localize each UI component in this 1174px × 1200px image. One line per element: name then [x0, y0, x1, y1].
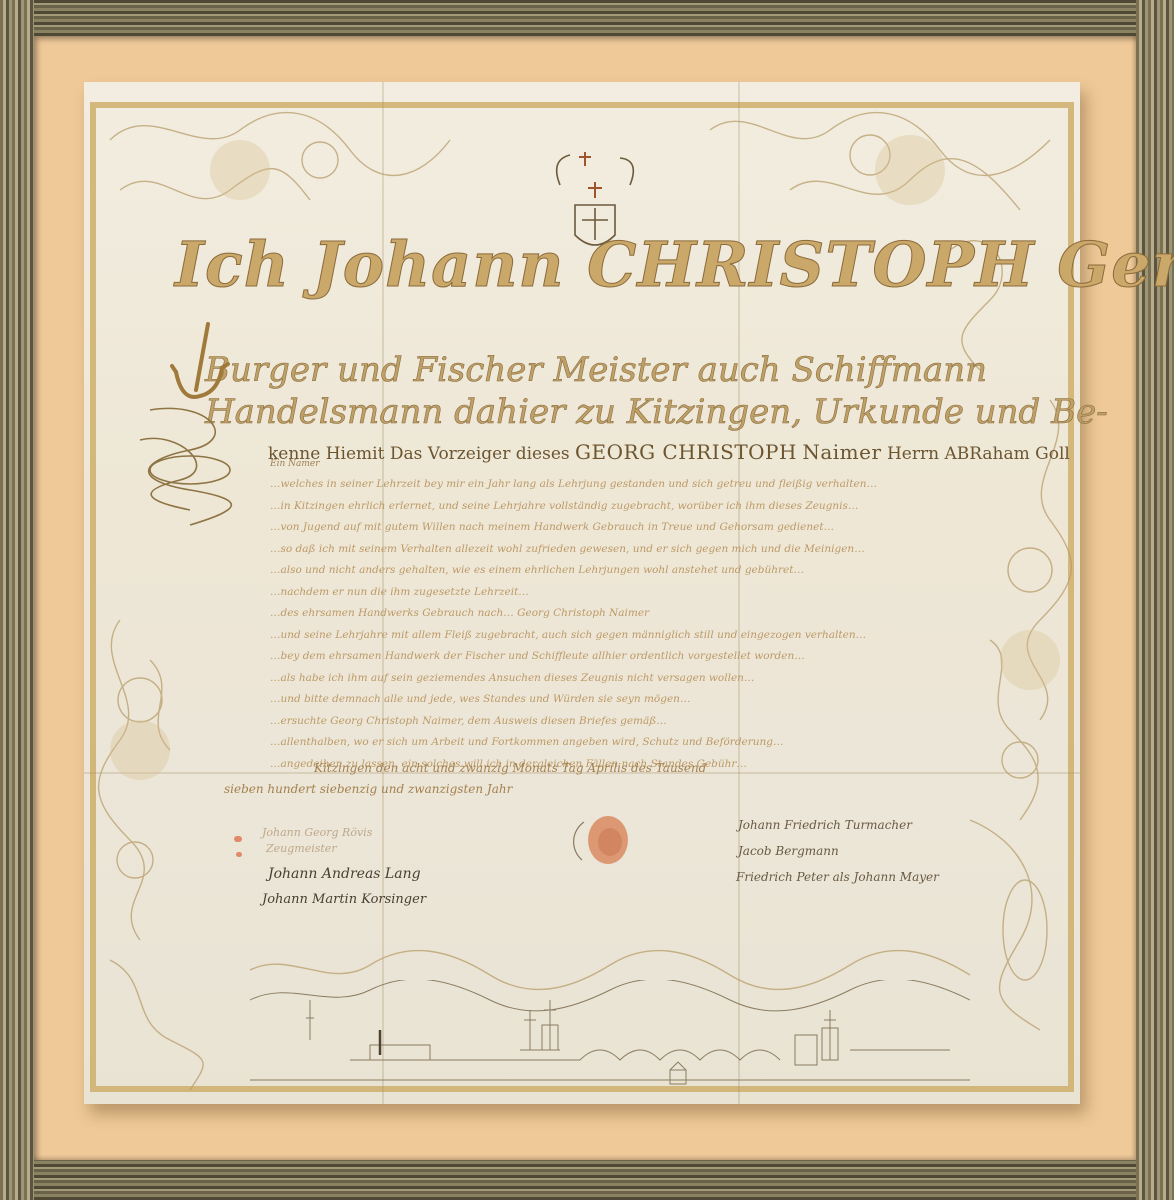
signature: Johann Martin Korsinger: [262, 892, 426, 907]
body-row: …des ehrsamen Handwerks Gebrauch nach… G…: [270, 603, 970, 625]
body-row: …so daß ich mit seinem Verhalten allezei…: [270, 539, 970, 561]
ink-mark: [236, 852, 242, 857]
cityscape-illustration: [250, 980, 970, 1090]
body-row: …bey dem ehrsamen Handwerk der Fischer u…: [270, 646, 970, 668]
body-row: …welches in seiner Lehrzeit bey mir ein …: [270, 474, 970, 496]
closing-date: Kitzingen den acht und zwanzig Monats Ta…: [224, 758, 924, 800]
heading-line-2: Burger und Fischer Meister auch Schiffma…: [205, 350, 987, 390]
signature: Jacob Bergmann: [738, 844, 839, 858]
closing-line-2: sieben hundert siebenzig und zwanzigsten…: [224, 779, 924, 800]
body-row: …und bitte demnach alle und jede, wes St…: [270, 689, 970, 711]
frame-bottom-rail: [0, 1160, 1174, 1200]
body-row: …allenthalben, wo er sich um Arbeit und …: [270, 732, 970, 754]
frame-left-rail: [0, 0, 34, 1200]
signature: Johann Friedrich Turmacher: [738, 818, 912, 832]
body-row: …und seine Lehrjahre mit allem Fleiß zug…: [270, 625, 970, 647]
signature: Johann Georg Rövis: [262, 826, 372, 839]
apprentice-surname: Naimer: [802, 440, 881, 464]
closing-line-1: Kitzingen den acht und zwanzig Monats Ta…: [224, 758, 924, 779]
frame-right-rail: [1136, 0, 1174, 1200]
heading-line-4-suffix: Herrn ABRaham Goll: [887, 444, 1070, 464]
signature: Friedrich Peter als Johann Mayer: [736, 870, 939, 884]
signature-title: Zeugmeister: [266, 842, 337, 855]
body-row: …als habe ich ihm auf sein geziemendes A…: [270, 668, 970, 690]
body-row: …nachdem er nun die ihm zugesetzte Lehrz…: [270, 582, 970, 604]
wax-seal-icon: [568, 812, 632, 868]
heading-subline: Ein Namer: [270, 459, 320, 469]
signature: Johann Andreas Lang: [268, 866, 421, 882]
body-row: …in Kitzingen ehrlich erlernet, und sein…: [270, 496, 970, 518]
frame-top-rail: [0, 0, 1174, 36]
body-row: …ersuchte Georg Christoph Naimer, dem Au…: [270, 711, 970, 733]
anchor-icon: [170, 320, 230, 410]
heading-line-3: Handelsmann dahier zu Kitzingen, Urkunde…: [205, 392, 1108, 432]
heading-line-1: Ich Johann CHRISTOPH Gerlig: [175, 228, 1174, 301]
apprentice-name: GEORG CHRISTOPH: [575, 440, 797, 464]
heading-line-4: kenne Hiemit Das Vorzeiger dieses GEORG …: [268, 440, 1070, 464]
body-row: …von Jugend auf mit gutem Willen nach me…: [270, 517, 970, 539]
certificate-body: …welches in seiner Lehrzeit bey mir ein …: [270, 474, 970, 775]
ink-mark: [234, 836, 242, 842]
body-row: …also und nicht anders gehalten, wie es …: [270, 560, 970, 582]
